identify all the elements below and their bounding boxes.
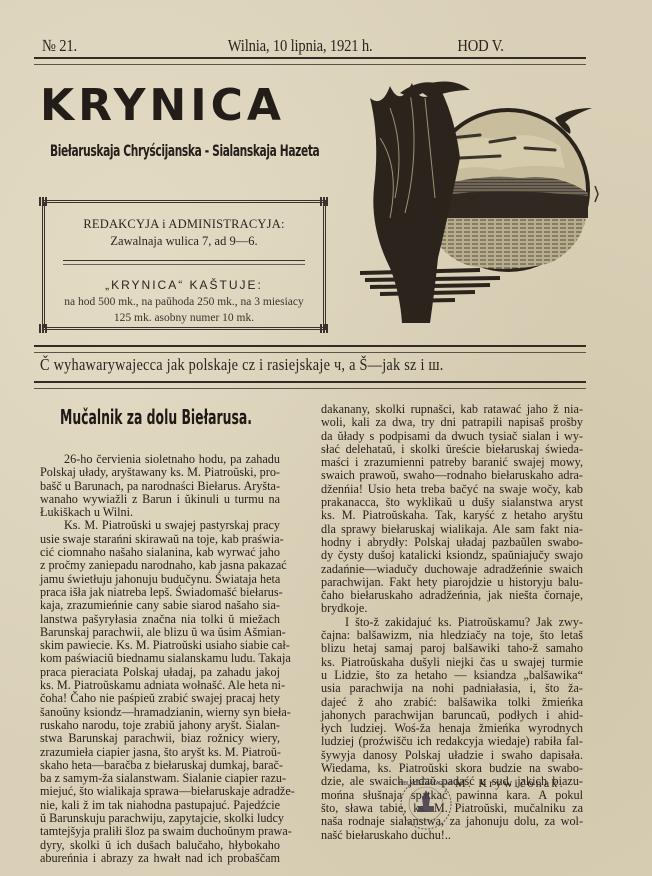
article-left-column: 26-ho červienia sioletnaho hodu, pa zaha…	[40, 453, 280, 865]
box-corner-ornament	[39, 324, 48, 333]
article-text-line: dajeć ž aho zrabić: balšawika tolki žmie…	[321, 696, 583, 709]
article-text-line: swaich prawoŭ, swaho—rodnaho biełaruskah…	[321, 469, 583, 482]
box-corner-ornament	[320, 197, 329, 206]
article-text-line: parachwijan. Fakt hety piarojdzie u hist…	[321, 576, 583, 589]
article-text-line: čoha! Čaho nie paśpieŭ zrabić swajej pra…	[40, 692, 280, 705]
article-text-line: ludziej (proźwišču ich redakcyja wiedaje…	[321, 735, 583, 748]
article-text-line: kaja, zrazumieńnie cany sabie siarod naš…	[40, 599, 280, 612]
article-text-line: brydkoje.	[321, 602, 583, 615]
article-text-line: dženńia! Usio heta treba bačyć na swaje …	[321, 483, 583, 496]
article-text-line: ks. M. Piatroŭskamu adniata wołnašć. Ale…	[40, 679, 280, 692]
article-text-line: lanstwa pašyryłasia značna nia tolki ŭ m…	[40, 613, 280, 626]
article-text-line: tamtejšyja praliłi šloz pa swaim duchoŭn…	[40, 825, 280, 838]
library-stamp: BIBLIOTEKA AKADEMII	[398, 776, 454, 832]
article-text-line: čajna: balšawizm, nia hledziačy na toje,…	[321, 629, 583, 642]
article-text-line: da ŭłady s podpisami da dwuch tysiač sia…	[321, 430, 583, 443]
article-text-line: z pročmy zaniepadu narodnaho, kab jasna …	[40, 559, 280, 572]
year-volume: HOD V.	[457, 36, 503, 56]
article-text-line: Wiedama, ks. Piatroŭski skora budzie na …	[321, 762, 583, 775]
price-heading: „KRYNICA“ KAŠTUJE:	[45, 278, 323, 292]
article-text-line: skaho heta—baračba z biełaruskaj dumkaj,…	[40, 759, 280, 772]
article-text-line: I što-ž zakidajuć ks. Piatroŭskamu? Jak …	[321, 616, 583, 629]
place-date: Wilnia, 10 lipnia, 1921 h.	[228, 36, 373, 56]
box-divider	[63, 260, 305, 265]
article-text-line: dyry, skolki ŭ ich dušach balučaho, hłyb…	[40, 839, 280, 852]
editorial-info-box: REDAKCYJA i ADMINISTRACYJA: Zawalnaja wu…	[42, 200, 326, 330]
article-text-line: słać delehataŭ, i skolki ŭreście biełaru…	[321, 443, 583, 456]
article-headline: Mučalnik za dolu Biełarusa.	[60, 405, 203, 429]
article-text-line: Ks. M. Piatroŭski u swajej pastyrskaj pr…	[40, 519, 280, 532]
notice-rule-top	[34, 345, 586, 353]
article-text-line: usie swaje starańni skirawaŭ na toje, ka…	[40, 533, 280, 546]
article-text-line: čaho biełaruskaho adradžeńnia, jak niešt…	[321, 589, 583, 602]
article-text-line: nie, kali ž im tak niahodna pastupajuć. …	[40, 799, 280, 812]
newspaper-subtitle: Biełaruskaja Chryścijanska - Sialanskaja…	[50, 141, 319, 160]
notice-rule-bottom	[34, 381, 586, 389]
price-line-1: na hod 500 mk., na paŭhoda 250 mk., na 3…	[45, 296, 323, 308]
reeds-river-illustration	[360, 78, 600, 328]
editorial-heading: REDAKCYJA i ADMINISTRACYJA:	[45, 217, 323, 232]
article-text-line: maści i zrazumienni patreby baranić swaj…	[321, 456, 583, 469]
article-text-line: blizu hetaj samaj paroj balšawiki taho-ž…	[321, 642, 583, 655]
article-text-line: Łukiškach u Wilni.	[40, 506, 280, 519]
article-text-line: abureńnia i abrazy za hwałt nad ich prob…	[40, 852, 280, 865]
article-text-line: miejuć, što wialikaja sprawa—biełaruskaj…	[40, 785, 280, 798]
masthead-rule	[34, 57, 586, 65]
article-text-line: ks. M. Piatroŭskaha. Tak, karyść z hetah…	[321, 509, 583, 522]
article-text-line: stwa Barunskaj parachwii, biaz rožnicy w…	[40, 732, 280, 745]
article-text-line: Barunskaj parachwii, ale blizu ŭ wa ŭsim…	[40, 626, 280, 639]
article-text-line: łych ludziej. Woś-ža henaja žmieńka wyro…	[321, 722, 583, 735]
article-text-line: Polskaj ułady, aryštawany ks. M. Piatroŭ…	[40, 466, 280, 479]
article-text-line: jahonych parachwijan barunсaŭ, podłych i…	[321, 709, 583, 722]
masthead: № 21. Wilnia, 10 lipnia, 1921 h. HOD V.	[42, 30, 410, 56]
article-text-line: dakanany, skolki rupnašci, kab ratawać j…	[321, 403, 583, 416]
article-text-line: cić ciomnaho našaho sialanina, kab wyrwa…	[40, 546, 280, 559]
editorial-address: Zawalnaja wulica 7, ad 9—6.	[45, 234, 323, 249]
issue-number: № 21.	[42, 36, 77, 56]
article-text-line: praca išła jak niatreba lepš. Świadomašć…	[40, 586, 280, 599]
article-text-line: ba z samym-ža sialanstwam. Sialanie ciap…	[40, 772, 280, 785]
pronunciation-notice: Č wyhawarywajecca jak polskaje cz i rasi…	[40, 355, 494, 375]
box-corner-ornament	[320, 324, 329, 333]
article-text-line: dla sprawy biełaruskaj wialikaja. Ale sa…	[321, 523, 583, 536]
article-text-line: zrazumieła ciapier jasna, što aryšt ks. …	[40, 746, 280, 759]
article-text-line: 26-ho červienia sioletnaho hodu, pa zaha…	[40, 453, 280, 466]
article-text-line: u Lidzie, što za hetaho — ksiandza „balš…	[321, 669, 583, 682]
article-text-line: wanaho wywiažli z Barun i ŭkinuli u turm…	[40, 493, 280, 506]
article-text-line: ruskaho narodu, toje zrabiŭ jahony aryšt…	[40, 719, 280, 732]
article-text-line: jamu świetłuju jahonuju budučynu. Świata…	[40, 573, 280, 586]
article-text-line: dy čysty dušoj katalicki ksiondz, spaŭni…	[321, 549, 583, 562]
article-text-line: skim pawiecie. Ks. M. Piatroŭski usiaho …	[40, 639, 280, 652]
article-signature: M. Krywičonak.	[455, 776, 565, 791]
article-text-line: usia parachwija na nohi padniałasia, i, …	[321, 682, 583, 695]
article-text-line: kom paświaciŭ biednamu sialanskamu ludu.…	[40, 652, 280, 665]
article-text-line: praca pieraciata Polskaj uładaj, pa zaha…	[40, 666, 280, 679]
article-text-line: bašč u Barunach, pa narodnaści Biełarus.…	[40, 480, 280, 493]
price-line-2: 125 mk. asobny numer 10 mk.	[45, 312, 323, 324]
newspaper-title: KRYNICA	[40, 80, 340, 131]
article-text-line: šanoŭny ksiondz—hramadzianin, wierny syn…	[40, 706, 280, 719]
article-text-line: prakanacca, što wyklikaŭ u dušy sialanst…	[321, 496, 583, 509]
box-corner-ornament	[39, 197, 48, 206]
article-text-line: šywyja danosy Polskaj uładzie i swaho da…	[321, 749, 583, 762]
article-text-line: hodny i abrydły: Polskaj uładaj pazbaŭle…	[321, 536, 583, 549]
article-text-line: ŭ Barunskuju parachwiju, zapytajcie, sko…	[40, 812, 280, 825]
article-text-line: zadańnie—wiadučy duchowaje adradžeńnie s…	[321, 563, 583, 576]
article-text-line: ks. Piatroŭskaha dušyli niejki čas u swa…	[321, 656, 583, 669]
article-text-line: woli, kali za dwa, try dni patrapili nap…	[321, 416, 583, 429]
stamp-text: BIBLIOTEKA AKADEMII	[399, 781, 453, 787]
